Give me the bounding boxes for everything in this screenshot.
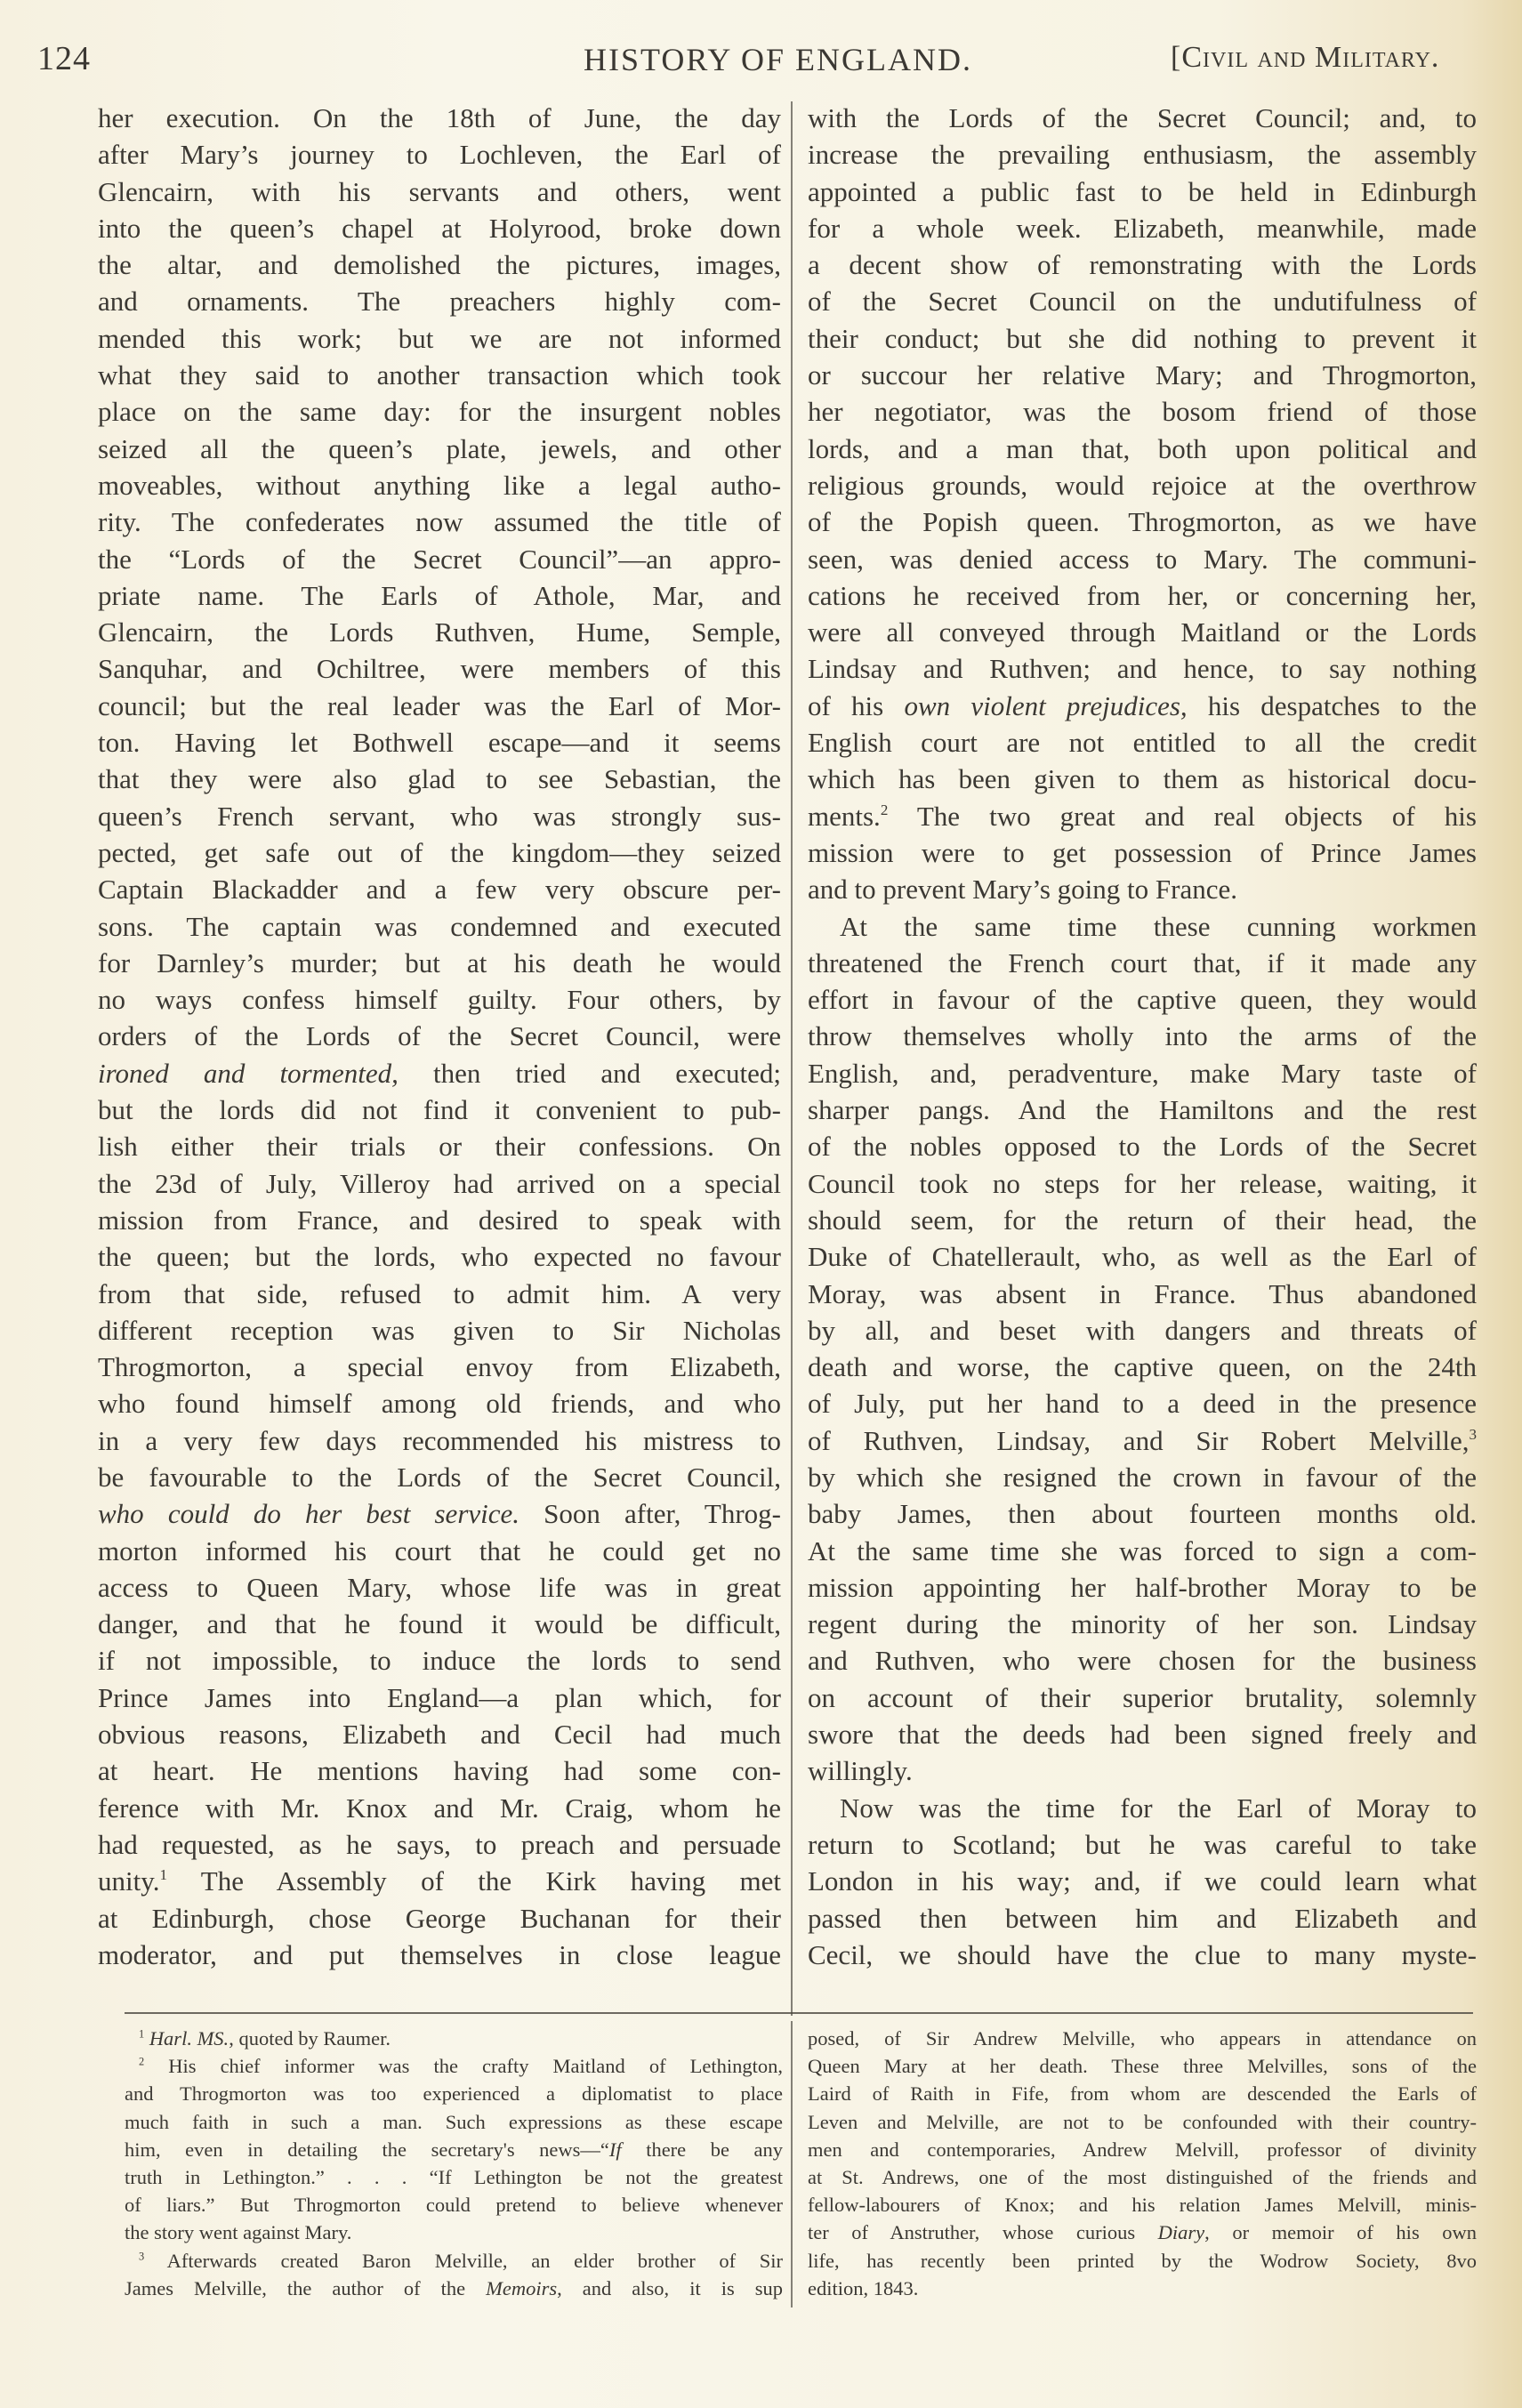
text-run: men and contemporaries, Andrew Melvill, … [808, 2138, 1477, 2161]
text-run: of the nobles opposed to the Lords of th… [808, 1131, 1477, 1162]
text-run: mission appointing her half-brother Mora… [808, 1572, 1477, 1603]
text-line: Queen Mary at her death. These three Mel… [808, 2052, 1477, 2080]
text-line: priate name. The Earls of Athole, Mar, a… [98, 577, 781, 614]
text-run: religious grounds, would rejoice at the … [808, 470, 1477, 501]
text-line: should seem, for the return of their hea… [808, 1202, 1477, 1238]
text-line: threatened the French court that, if it … [808, 945, 1477, 981]
text-run: should seem, for the return of their hea… [808, 1204, 1477, 1236]
text-line: the altar, and demolished the pictures, … [98, 246, 781, 283]
text-line: at Edinburgh, chose George Buchanan for … [98, 1900, 781, 1937]
text-run: cations he received from her, or concern… [808, 580, 1477, 611]
text-line: pected, get safe out of the kingdom—they… [98, 834, 781, 871]
text-run: The two great and real objects of his [888, 801, 1477, 832]
text-line: who found himself among old friends, and… [98, 1385, 781, 1421]
text-run: increase the prevailing enthusiasm, the … [808, 139, 1477, 170]
text-run: the story went against Mary. [125, 2221, 351, 2243]
text-line: obvious reasons, Elizabeth and Cecil had… [98, 1716, 781, 1752]
text-run: be favourable to the Lords of the Secret… [98, 1462, 781, 1493]
text-run: Leven and Melville, are not to be confou… [808, 2111, 1477, 2133]
text-line: English court are not entitled to all th… [808, 724, 1477, 761]
text-run: effort in favour of the captive queen, t… [808, 984, 1477, 1015]
text-run: from that side, refused to admit him. A … [98, 1278, 781, 1309]
text-run: Queen Mary at her death. These three Mel… [808, 2055, 1477, 2077]
text-line: the story went against Mary. [125, 2219, 783, 2246]
text-line: Glencairn, with his servants and others,… [98, 173, 781, 210]
text-line: posed, of Sir Andrew Melville, who appea… [808, 2025, 1477, 2052]
text-line: that they were also glad to see Sebastia… [98, 761, 781, 797]
text-line: Cecil, we should have the clue to many m… [808, 1937, 1477, 1973]
text-run: place on the same day: for the insurgent… [98, 396, 781, 427]
text-run: and to prevent Mary’s going to France. [808, 874, 1237, 905]
text-line: the 23d of July, Villeroy had arrived on… [98, 1165, 781, 1202]
text-run: posed, of Sir Andrew Melville, who appea… [808, 2027, 1477, 2050]
text-line: return to Scotland; but he was careful t… [808, 1826, 1477, 1863]
text-line: no ways confess himself guilty. Four oth… [98, 981, 781, 1018]
text-line: and Ruthven, who were chosen for the bus… [808, 1642, 1477, 1679]
text-line: ference with Mr. Knox and Mr. Craig, who… [98, 1790, 781, 1826]
text-run: ference with Mr. Knox and Mr. Craig, who… [98, 1792, 781, 1824]
text-run: the “Lords of the Secret Council”—an app… [98, 544, 781, 575]
italic-text: Memoirs [486, 2277, 557, 2299]
text-line: her negotiator, was the bosom friend of … [808, 393, 1477, 430]
text-line: of the nobles opposed to the Lords of th… [808, 1128, 1477, 1164]
text-run: mended this work; but we are not informe… [98, 323, 781, 354]
text-run: council; but the real leader was the Ear… [98, 690, 781, 721]
text-line: Council took no steps for her release, w… [808, 1165, 1477, 1202]
text-run: then tried and executed; [399, 1058, 781, 1089]
text-run: seen, was denied access to Mary. The com… [808, 544, 1477, 575]
text-line: regent during the minority of her son. L… [808, 1606, 1477, 1642]
text-line: unity.1 The Assembly of the Kirk having … [98, 1863, 781, 1899]
text-line: 3 Afterwards created Baron Melville, an … [125, 2247, 783, 2275]
text-line: ironed and tormented, then tried and exe… [98, 1055, 781, 1091]
text-line: a decent show of remonstrating with the … [808, 246, 1477, 283]
text-run: by all, and beset with dangers and threa… [808, 1315, 1477, 1346]
text-run: their conduct; but she did nothing to pr… [808, 323, 1477, 354]
text-run: swore that the deeds had been signed fre… [808, 1719, 1477, 1750]
text-run: His chief informer was the crafty Maitla… [144, 2055, 783, 2077]
text-run: at St. Andrews, one of the most distingu… [808, 2166, 1477, 2188]
text-line: seen, was denied access to Mary. The com… [808, 541, 1477, 577]
text-line: Prince James into England—a plan which, … [98, 1679, 781, 1716]
page-number: 124 [37, 39, 91, 78]
text-run: unity. [98, 1865, 159, 1897]
text-run: , or memoir of his own [1204, 2221, 1477, 2243]
text-line: of Ruthven, Lindsay, and Sir Robert Melv… [808, 1422, 1477, 1459]
text-run: with the Lords of the Secret Council; an… [808, 102, 1477, 133]
footnote-column-divider [791, 2021, 793, 2307]
text-line: fellow-labourers of Knox; and his relati… [808, 2191, 1477, 2219]
text-line: her execution. On the 18th of June, the … [98, 100, 781, 136]
text-run: of the Secret Council on the undutifulne… [808, 286, 1477, 317]
text-line: of the Popish queen. Throgmorton, as we … [808, 503, 1477, 540]
text-run: for Darnley’s murder; but at his death h… [98, 947, 781, 979]
text-line: seized all the queen’s plate, jewels, an… [98, 431, 781, 467]
text-run: lords, and a man that, both upon politic… [808, 433, 1477, 464]
text-line: with the Lords of the Secret Council; an… [808, 100, 1477, 136]
text-run: for a whole week. Elizabeth, meanwhile, … [808, 213, 1477, 244]
text-line: James Melville, the author of the Memoir… [125, 2275, 783, 2302]
text-line: by which she resigned the crown in favou… [808, 1459, 1477, 1495]
text-line: ton. Having let Bothwell escape—and it s… [98, 724, 781, 761]
text-run: seized all the queen’s plate, jewels, an… [98, 433, 781, 464]
text-line: English, and, peradventure, make Mary ta… [808, 1055, 1477, 1091]
text-run: baby James, then about fourteen months o… [808, 1498, 1477, 1529]
text-line: him, even in detailing the secretary's n… [125, 2136, 783, 2163]
text-run: by which she resigned the crown in favou… [808, 1462, 1477, 1493]
text-run: Sanquhar, and Ochiltree, were members of… [98, 653, 781, 684]
text-run: appointed a public fast to be held in Ed… [808, 176, 1477, 207]
text-line: Duke of Chatellerault, who, as well as t… [808, 1238, 1477, 1275]
text-line: 1 Harl. MS., quoted by Raumer. [125, 2025, 783, 2052]
text-line: Throgmorton, a special envoy from Elizab… [98, 1349, 781, 1385]
text-run: different reception was given to Sir Nic… [98, 1315, 781, 1346]
text-line: Now was the time for the Earl of Moray t… [808, 1790, 1477, 1826]
italic-text: If [609, 2138, 622, 2161]
text-run: her negotiator, was the bosom friend of … [808, 396, 1477, 427]
right-text-column: with the Lords of the Secret Council; an… [808, 100, 1477, 1973]
footnote-marker: 1 [159, 1866, 167, 1883]
text-line: effort in favour of the captive queen, t… [808, 981, 1477, 1018]
text-run: Laird of Raith in Fife, from whom are de… [808, 2082, 1477, 2105]
text-line: cations he received from her, or concern… [808, 577, 1477, 614]
text-run: return to Scotland; but he was careful t… [808, 1829, 1477, 1860]
text-run: Cecil, we should have the clue to many m… [808, 1939, 1477, 1970]
text-line: At the same time she was forced to sign … [808, 1533, 1477, 1569]
text-run: which has been given to them as historic… [808, 763, 1477, 794]
text-line: which has been given to them as historic… [808, 761, 1477, 797]
text-line: baby James, then about fourteen months o… [808, 1495, 1477, 1532]
text-line: in a very few days recommended his mistr… [98, 1422, 781, 1459]
text-run: ments. [808, 801, 881, 832]
text-line: of the Secret Council on the undutifulne… [808, 283, 1477, 319]
text-run: mission were to get possession of Prince… [808, 837, 1477, 868]
text-run: her execution. On the 18th of June, the … [98, 102, 781, 133]
text-run: threatened the French court that, if it … [808, 947, 1477, 979]
text-run: at Edinburgh, chose George Buchanan for … [98, 1903, 781, 1934]
text-run: there be any [622, 2138, 783, 2161]
text-line: the “Lords of the Secret Council”—an app… [98, 541, 781, 577]
footnote-marker: 3 [1469, 1426, 1477, 1443]
text-line: much faith in such a man. Such expressio… [125, 2108, 783, 2136]
text-run: , quoted by Raumer. [229, 2027, 391, 2050]
text-run: , and also, it is sup [557, 2277, 783, 2299]
text-run: him, even in detailing the secretary's n… [125, 2138, 609, 2161]
text-run: throw themselves wholly into the arms of… [808, 1020, 1477, 1051]
text-run: had requested, as he says, to preach and… [98, 1829, 781, 1860]
text-run: the 23d of July, Villeroy had arrived on… [98, 1168, 781, 1199]
text-line: moderator, and put themselves in close l… [98, 1937, 781, 1973]
text-run: of the Popish queen. Throgmorton, as we … [808, 506, 1477, 537]
text-line: for Darnley’s murder; but at his death h… [98, 945, 781, 981]
text-line: truth in Lethington.” . . . “If Lethingt… [125, 2163, 783, 2191]
text-run: access to Queen Mary, whose life was in … [98, 1572, 781, 1603]
text-line: by all, and beset with dangers and threa… [808, 1312, 1477, 1349]
text-run: priate name. The Earls of Athole, Mar, a… [98, 580, 781, 611]
text-run: if not impossible, to induce the lords t… [98, 1645, 781, 1676]
text-run: were all conveyed through Maitland or th… [808, 616, 1477, 648]
text-run: ter of Anstruther, whose curious [808, 2221, 1158, 2243]
text-line: men and contemporaries, Andrew Melvill, … [808, 2136, 1477, 2163]
text-line: Lindsay and Ruthven; and hence, to say n… [808, 650, 1477, 687]
text-line: and ornaments. The preachers highly com- [98, 283, 781, 319]
footnote-separator [125, 2012, 1473, 2014]
text-line: rity. The confederates now assumed the t… [98, 503, 781, 540]
text-run: English, and, peradventure, make Mary ta… [808, 1058, 1477, 1089]
text-line: on account of their superior brutality, … [808, 1679, 1477, 1716]
text-run: At the same time these cunning workmen [840, 911, 1477, 942]
text-line: moveables, without anything like a legal… [98, 467, 781, 503]
text-line: religious grounds, would rejoice at the … [808, 467, 1477, 503]
text-run: London in his way; and, if we could lear… [808, 1865, 1477, 1897]
text-run: the altar, and demolished the pictures, … [98, 249, 781, 280]
text-run: who found himself among old friends, and… [98, 1388, 781, 1419]
text-line: appointed a public fast to be held in Ed… [808, 173, 1477, 210]
text-line: the queen; but the lords, who expected n… [98, 1238, 781, 1275]
text-line: and to prevent Mary’s going to France. [808, 871, 1477, 907]
text-run: life, has recently been printed by the W… [808, 2250, 1477, 2272]
text-run: obvious reasons, Elizabeth and Cecil had… [98, 1719, 781, 1750]
text-run: moveables, without anything like a legal… [98, 470, 781, 501]
text-line: or succour her relative Mary; and Throgm… [808, 357, 1477, 393]
text-run: and Throgmorton was too experienced a di… [125, 2082, 783, 2105]
text-line: increase the prevailing enthusiasm, the … [808, 136, 1477, 173]
text-run: English court are not entitled to all th… [808, 727, 1477, 758]
text-run: truth in Lethington.” . . . “If Lethingt… [125, 2166, 783, 2188]
text-line: edition, 1843. [808, 2275, 1477, 2302]
text-run: the queen; but the lords, who expected n… [98, 1241, 781, 1272]
text-run: mission from France, and desired to spea… [98, 1204, 781, 1236]
text-line: and Throgmorton was too experienced a di… [125, 2080, 783, 2107]
text-run: sharper pangs. And the Hamiltons and the… [808, 1094, 1477, 1125]
text-run: into the queen’s chapel at Holyrood, bro… [98, 213, 781, 244]
text-run: Duke of Chatellerault, who, as well as t… [808, 1241, 1477, 1272]
italic-text: own violent prejudices, [904, 690, 1187, 721]
text-line: were all conveyed through Maitland or th… [808, 614, 1477, 650]
text-line: into the queen’s chapel at Holyrood, bro… [98, 210, 781, 246]
text-run: and Ruthven, who were chosen for the bus… [808, 1645, 1477, 1676]
text-line: death and worse, the captive queen, on t… [808, 1349, 1477, 1385]
text-line: be favourable to the Lords of the Secret… [98, 1459, 781, 1495]
text-line: sons. The captain was condemned and exec… [98, 908, 781, 945]
text-run: queen’s French servant, who was strongly… [98, 801, 781, 832]
text-run: sons. The captain was condemned and exec… [98, 911, 781, 942]
text-run: orders of the Lords of the Secret Counci… [98, 1020, 781, 1051]
text-line: At the same time these cunning workmen [808, 908, 1477, 945]
text-run: willingly. [808, 1755, 913, 1786]
text-line: after Mary’s journey to Lochleven, the E… [98, 136, 781, 173]
text-run: of his [808, 690, 904, 721]
text-run: fellow-labourers of Knox; and his relati… [808, 2194, 1477, 2216]
text-run: morton informed his court that he could … [98, 1535, 781, 1566]
text-line: council; but the real leader was the Ear… [98, 688, 781, 724]
footnotes-right: posed, of Sir Andrew Melville, who appea… [808, 2025, 1477, 2302]
text-line: orders of the Lords of the Secret Counci… [98, 1018, 781, 1054]
text-run: of liars.” But Throgmorton could pretend… [125, 2194, 783, 2216]
text-line: throw themselves wholly into the arms of… [808, 1018, 1477, 1054]
text-line: Captain Blackadder and a few very obscur… [98, 871, 781, 907]
text-line: life, has recently been printed by the W… [808, 2247, 1477, 2275]
text-run: at heart. He mentions having had some co… [98, 1755, 781, 1786]
italic-text: ironed and tormented, [98, 1058, 399, 1089]
text-run: what they said to another transaction wh… [98, 359, 781, 391]
text-line: danger, and that he found it would be di… [98, 1606, 781, 1642]
text-run: edition, 1843. [808, 2277, 918, 2299]
text-line: place on the same day: for the insurgent… [98, 393, 781, 430]
italic-text: Harl. MS. [149, 2027, 229, 2050]
text-run: or succour her relative Mary; and Throgm… [808, 359, 1477, 391]
text-run: and ornaments. The preachers highly com- [98, 286, 781, 317]
text-line: ments.2 The two great and real objects o… [808, 798, 1477, 834]
text-line: access to Queen Mary, whose life was in … [98, 1569, 781, 1606]
italic-text: who could do her best service. [98, 1498, 519, 1529]
text-line: of liars.” But Throgmorton could pretend… [125, 2191, 783, 2219]
text-run: after Mary’s journey to Lochleven, the E… [98, 139, 781, 170]
text-line: but the lords did not find it convenient… [98, 1091, 781, 1128]
text-line: ter of Anstruther, whose curious Diary, … [808, 2219, 1477, 2246]
text-line: morton informed his court that he could … [98, 1533, 781, 1569]
italic-text: Diary [1158, 2221, 1205, 2243]
text-line: 2 His chief informer was the crafty Mait… [125, 2052, 783, 2080]
text-line: at heart. He mentions having had some co… [98, 1752, 781, 1789]
text-run: danger, and that he found it would be di… [98, 1608, 781, 1639]
text-line: lish either their trials or their confes… [98, 1128, 781, 1164]
text-run: passed then between him and Elizabeth an… [808, 1903, 1477, 1934]
text-run: Moray, was absent in France. Thus abando… [808, 1278, 1477, 1309]
text-run: in a very few days recommended his mistr… [98, 1425, 781, 1456]
text-line: mission were to get possession of Prince… [808, 834, 1477, 871]
text-line: London in his way; and, if we could lear… [808, 1863, 1477, 1899]
text-run: Lindsay and Ruthven; and hence, to say n… [808, 653, 1477, 684]
text-line: willingly. [808, 1752, 1477, 1789]
text-run: ton. Having let Bothwell escape—and it s… [98, 727, 781, 758]
column-divider [791, 101, 793, 2016]
text-run: his despatches to the [1188, 690, 1477, 721]
text-run: Prince James into England—a plan which, … [98, 1682, 781, 1713]
text-run: Now was the time for the Earl of Moray t… [840, 1792, 1477, 1824]
text-run: lish either their trials or their confes… [98, 1131, 781, 1162]
running-head: 124 HISTORY OF ENGLAND. [Civil and Milit… [0, 39, 1522, 84]
text-line: of his own violent prejudices, his despa… [808, 688, 1477, 724]
text-run: but the lords did not find it convenient… [98, 1094, 781, 1125]
text-line: mended this work; but we are not informe… [98, 320, 781, 357]
text-run: pected, get safe out of the kingdom—they… [98, 837, 781, 868]
text-line: swore that the deeds had been signed fre… [808, 1716, 1477, 1752]
text-run: At the same time she was forced to sign … [808, 1535, 1477, 1566]
text-line: had requested, as he says, to preach and… [98, 1826, 781, 1863]
text-line: at St. Andrews, one of the most distingu… [808, 2163, 1477, 2191]
text-run: rity. The confederates now assumed the t… [98, 506, 781, 537]
text-line: mission from France, and desired to spea… [98, 1202, 781, 1238]
text-run: Glencairn, with his servants and others,… [98, 176, 781, 207]
left-text-column: her execution. On the 18th of June, the … [98, 100, 781, 1973]
section-heading: [Civil and Military. [1171, 41, 1439, 75]
text-line: Sanquhar, and Ochiltree, were members of… [98, 650, 781, 687]
text-line: sharper pangs. And the Hamiltons and the… [808, 1091, 1477, 1128]
text-run: that they were also glad to see Sebastia… [98, 763, 781, 794]
text-run: of Ruthven, Lindsay, and Sir Robert Melv… [808, 1425, 1469, 1456]
text-run: Captain Blackadder and a few very obscur… [98, 874, 781, 905]
text-run: regent during the minority of her son. L… [808, 1608, 1477, 1639]
text-run: moderator, and put themselves in close l… [98, 1939, 781, 1970]
footnotes-left: 1 Harl. MS., quoted by Raumer.2 His chie… [125, 2025, 783, 2302]
text-line: their conduct; but she did nothing to pr… [808, 320, 1477, 357]
text-run: The Assembly of the Kirk having met [167, 1865, 781, 1897]
text-line: of July, put her hand to a deed in the p… [808, 1385, 1477, 1421]
text-line: Laird of Raith in Fife, from whom are de… [808, 2080, 1477, 2107]
text-line: from that side, refused to admit him. A … [98, 1276, 781, 1312]
text-run: Throgmorton, a special envoy from Elizab… [98, 1351, 781, 1382]
text-line: Leven and Melville, are not to be confou… [808, 2108, 1477, 2136]
text-line: mission appointing her half-brother Mora… [808, 1569, 1477, 1606]
text-run: Glencairn, the Lords Ruthven, Hume, Semp… [98, 616, 781, 648]
text-run: on account of their superior brutality, … [808, 1682, 1477, 1713]
text-line: who could do her best service. Soon afte… [98, 1495, 781, 1532]
text-run: a decent show of remonstrating with the … [808, 249, 1477, 280]
text-run: no ways confess himself guilty. Four oth… [98, 984, 781, 1015]
text-line: Moray, was absent in France. Thus abando… [808, 1276, 1477, 1312]
text-run: of July, put her hand to a deed in the p… [808, 1388, 1477, 1419]
text-run: Soon after, Throg- [519, 1498, 781, 1529]
text-line: queen’s French servant, who was strongly… [98, 798, 781, 834]
text-line: Glencairn, the Lords Ruthven, Hume, Semp… [98, 614, 781, 650]
text-line: what they said to another transaction wh… [98, 357, 781, 393]
text-run: much faith in such a man. Such expressio… [125, 2111, 783, 2133]
text-line: for a whole week. Elizabeth, meanwhile, … [808, 210, 1477, 246]
text-run: James Melville, the author of the [125, 2277, 486, 2299]
text-line: if not impossible, to induce the lords t… [98, 1642, 781, 1679]
text-run: Afterwards created Baron Melville, an el… [144, 2250, 783, 2272]
book-page: 124 HISTORY OF ENGLAND. [Civil and Milit… [0, 0, 1522, 2408]
text-run: death and worse, the captive queen, on t… [808, 1351, 1477, 1382]
text-line: different reception was given to Sir Nic… [98, 1312, 781, 1349]
text-line: passed then between him and Elizabeth an… [808, 1900, 1477, 1937]
text-line: lords, and a man that, both upon politic… [808, 431, 1477, 467]
text-run: Council took no steps for her release, w… [808, 1168, 1477, 1199]
book-title: HISTORY OF ENGLAND. [584, 41, 972, 78]
